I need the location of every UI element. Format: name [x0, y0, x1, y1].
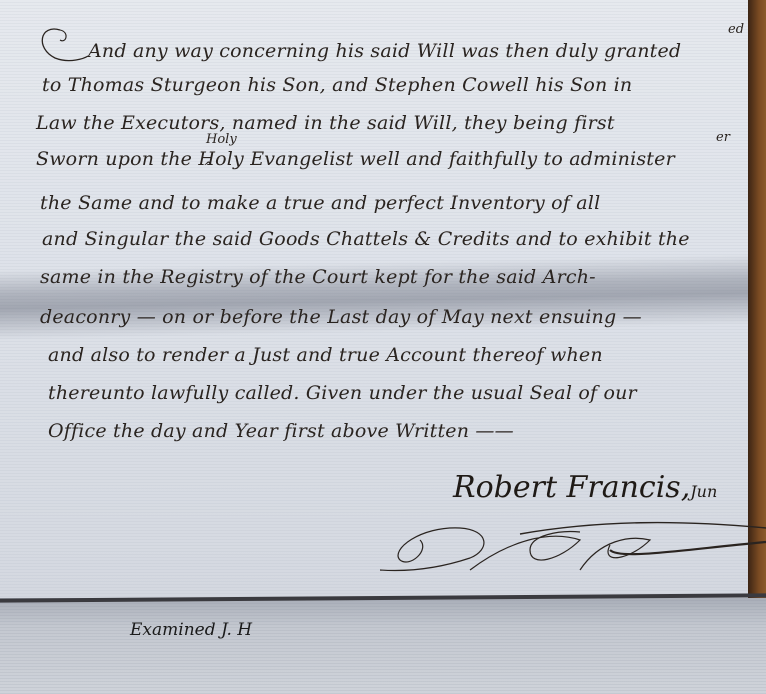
superscript-ed: ed	[728, 22, 744, 37]
insertion-holy: Holy	[206, 132, 237, 147]
signature-robert-francis: Robert Francis,Jun	[453, 470, 717, 505]
text-line-10: thereunto lawfully called. Given under t…	[48, 382, 637, 404]
examined-note: Examined J. H	[130, 620, 252, 640]
text-line-2: to Thomas Sturgeon his Son, and Stephen …	[42, 74, 632, 96]
text-line-8: deaconry — on or before the Last day of …	[40, 306, 642, 328]
text-line-11: Office the day and Year first above Writ…	[48, 420, 514, 442]
text-line-7: same in the Registry of the Court kept f…	[40, 266, 596, 288]
text-line-5: the Same and to make a true and perfect …	[40, 192, 600, 214]
superscript-er: er	[716, 130, 730, 145]
text-line-9: and also to render a Just and true Accou…	[48, 344, 603, 366]
text-line-1: And any way concerning his said Will was…	[88, 40, 681, 62]
signature-suffix: Jun	[690, 482, 717, 501]
signature-flourish-icon	[380, 510, 766, 590]
signature-name: Robert Francis,	[453, 470, 690, 505]
initial-flourish-icon	[30, 18, 90, 68]
lower-folded-sheet	[0, 598, 766, 694]
text-line-6: and Singular the said Goods Chattels & C…	[42, 228, 690, 250]
text-line-4: Sworn upon the Holy Evangelist well and …	[36, 148, 675, 170]
text-line-3: Law the Executors, named in the said Wil…	[36, 112, 615, 134]
